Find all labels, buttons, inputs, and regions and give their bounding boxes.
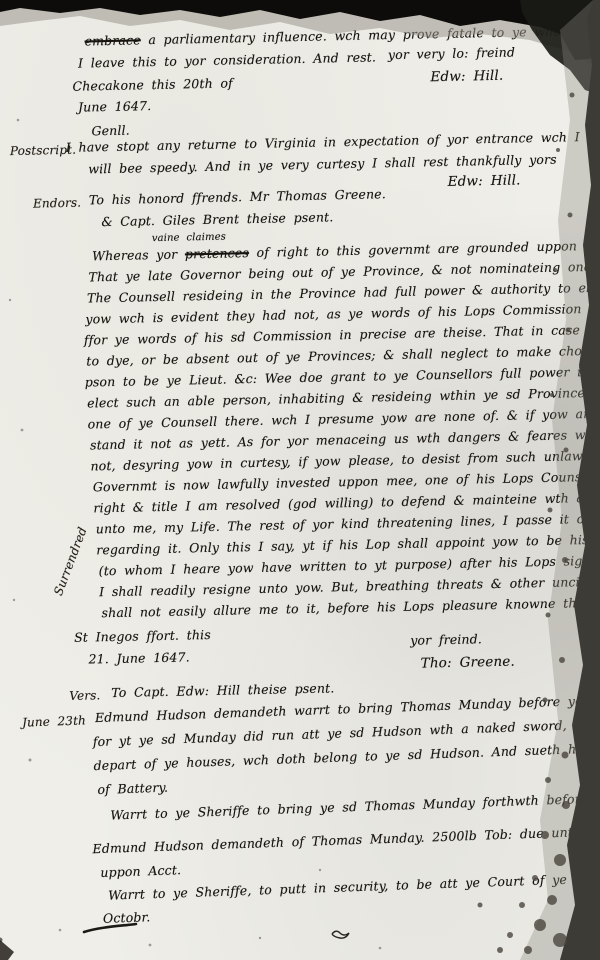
manuscript-line: Octobr. [103,911,151,925]
manuscript-line: Edmund Hudson demandeth of Thomas Munday… [92,825,600,856]
manuscript-line: Warrt to ye Sheriffe to bring ye sd Thom… [110,790,600,822]
manuscript-line: uppon Acct. [100,864,181,879]
manuscript-page: embrace a parliamentary influence. wch m… [0,0,600,960]
manuscript-line: of Battery. [97,782,168,797]
margin-date: June 23th [22,714,86,728]
manuscript-line: Warrt to ye Sheriffe, to putt in securit… [108,871,600,903]
court-entries-block: June 23th Edmund Hudson demandeth warrt … [0,0,600,960]
